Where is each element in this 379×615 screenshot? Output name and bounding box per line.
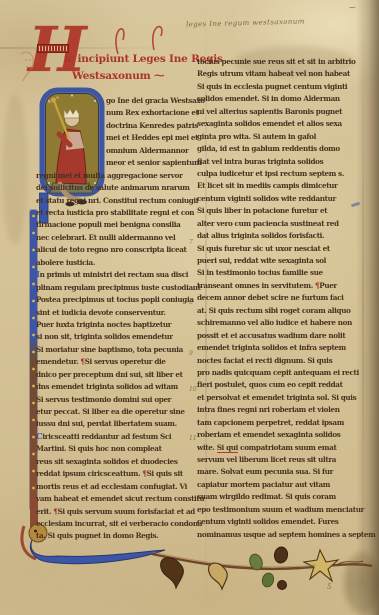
text-line: intra fines regni nri roberiam et violen	[197, 404, 363, 416]
text-line: go Ine dei gracia Westsaxo	[106, 95, 196, 107]
margin-chapter-number: 7	[189, 239, 193, 246]
bottom-digit-mark: 5	[327, 583, 331, 591]
text-line: schiremanno vel alio iudice et habere no…	[197, 317, 363, 329]
top-right-pen-mark: ⁓	[349, 4, 356, 12]
text-line: Puer iuxta triginta noctes baptizetur	[36, 319, 194, 331]
rubric-line-2: Westsaxonum ⁓	[72, 70, 164, 82]
text-line: firmacione populi mei benigna consilia	[36, 219, 194, 231]
text-line: pro nadis quicquam cepit antequam ei rec…	[197, 367, 363, 379]
text-line: iussu dni sui, perdat libertatem suam.	[36, 418, 194, 430]
text-line: dei sollicitus de salute animarum nrarum	[36, 182, 194, 194]
text-line: at. Si quis rectum sibi roget coram aliq…	[197, 305, 363, 317]
text-line: Si quis furetur sic ut uxor nesciat et	[197, 243, 363, 255]
text-line: dnico per preceptum dni sui, sit liber e…	[36, 369, 194, 381]
text-line: gilda, id est in gablum reddentis domo	[197, 143, 363, 155]
margin-chapter-number: 8	[189, 299, 193, 306]
text-line: dns emendet triginta solidos ad witam	[36, 381, 194, 393]
text-line: plinam regulam precipimus iuste custodia…	[36, 282, 194, 294]
text-line: reus sit sexaginta solidos et duodecies	[36, 456, 194, 468]
left-column: regni mei et multa aggregacione servorde…	[36, 170, 194, 543]
text-line: tam capcionem perpetret, reddat ipsam	[197, 417, 363, 429]
text-line: alicui de toto regno nro conscripta lice…	[36, 244, 194, 256]
text-line: transeant omnes in servitutem. ¶Puer	[197, 280, 363, 292]
berry	[278, 581, 287, 590]
text-line: mei et Heddes epi mei et	[106, 132, 196, 144]
text-line: possit et ei accusatus wadium dare nolit	[197, 330, 363, 342]
green-leaf-2	[261, 572, 275, 588]
text-line: emendetur. ¶Si servus operetur die	[36, 356, 194, 368]
header-annotation: leges Ine regum westsaxonum	[186, 17, 305, 28]
text-line: regni mei et multa aggregacione servor	[36, 170, 194, 182]
text-line: In primis ut ministri dei rectam sua dis…	[36, 269, 194, 281]
text-line: Si moriatur sine baptismo, tota pecunia	[36, 344, 194, 356]
left-column-indented: go Ine dei gracia Westsaxonum Rex exhort…	[106, 95, 196, 170]
text-line: ginta pro wita. Si autem in gafol	[197, 131, 363, 143]
right-column: tocius pecunie sue reus sit et sit in ar…	[197, 56, 363, 541]
bottom-vine-decoration	[150, 542, 375, 602]
text-line: Si in testimonio tocius familie sue	[197, 267, 363, 279]
text-line: sint et iudicia devote conserventur.	[36, 307, 194, 319]
text-line: culpa iudicetur et ipsi rectum septem s.	[197, 168, 363, 180]
text-line: Si quis in ecclesia pugnet centum vigint…	[197, 81, 363, 93]
text-line: ecclesiam incurrat, sit ei verberacio co…	[36, 518, 194, 530]
text-line: omnium Aldermannor	[106, 145, 196, 157]
text-line: centum viginti solidos emendet. Fures	[197, 516, 363, 528]
rubric-flourish	[108, 16, 172, 56]
face-sketch-drawing	[14, 48, 38, 84]
text-line: Si servus testimonio domini sui oper	[36, 394, 194, 406]
text-line: mare. Solvat eum pecunia sua. Si fur	[197, 466, 363, 478]
banner-lettering-pattern	[39, 46, 67, 51]
text-line: sexaginta solidos emendet et alios sexa	[197, 118, 363, 130]
ivy-leaf-dark	[161, 558, 184, 588]
rubric-banner	[37, 44, 69, 53]
text-line: meor et senior sapientum	[106, 157, 196, 169]
text-line: mortis reus et ad ecclesiam confugiat. V…	[36, 481, 194, 493]
text-line: et recta iusticia pro stabilitate regni …	[36, 207, 194, 219]
text-line: ta. Si quis pugnet in domo Regis.	[36, 530, 194, 542]
margin-chapter-number: 10	[189, 386, 197, 393]
text-line: etur peccat. Si liber ea die operetur si…	[36, 406, 194, 418]
text-line: suam wirgildo redimat. Si quis coram	[197, 491, 363, 503]
text-line: doctrina Kenredes patris	[106, 120, 196, 132]
text-line: si non sit, triginta solidos emendetur	[36, 331, 194, 343]
text-line: et persolvat et emendet triginta sol. Si…	[197, 392, 363, 404]
text-line: erit. ¶Si quis servum suum forisfaciat e…	[36, 506, 194, 518]
margin-stain	[2, 95, 28, 245]
text-line: capiatur mortem paciatur aut vitam	[197, 479, 363, 491]
text-line: emendet triginta solidos et infra septem	[197, 342, 363, 354]
text-line: roberiam et emendet sexaginta solidos	[197, 429, 363, 441]
text-line: fieri postulet, quos cum eo cepit reddat	[197, 379, 363, 391]
dark-leaf	[273, 546, 289, 564]
text-line: solidos emendet. Si in domo Alderman	[197, 93, 363, 105]
text-line: Si quis liber in potacione furetur et	[197, 205, 363, 217]
text-line: vam habeat et emendet sicut rectum const…	[36, 493, 194, 505]
text-line: fiat vel intra buras triginta solidos	[197, 156, 363, 168]
text-line: Martini. Si quis hoc non compleat	[36, 443, 194, 455]
text-line: Et licet sit in mediis campis dimicetur	[197, 180, 363, 192]
text-line: wite. Si qui compatriotam suum emat	[197, 442, 363, 454]
margin-chapter-number: 9	[189, 350, 193, 357]
text-line: servum vel liberum licet reus sit ultra	[197, 454, 363, 466]
text-line: epo testimonium suum et wadium menciatur	[197, 504, 363, 516]
text-line: decem annor debet scire ne furtum faci	[197, 292, 363, 304]
text-line: nominamus usque ad septem homines a sept…	[197, 529, 363, 541]
text-line: reddat ipsum ciricsceattum. ¶Si quis sit	[36, 468, 194, 480]
text-line: ni vel alterius sapientis Baronis pugnet	[197, 106, 363, 118]
text-line: tocius pecunie sue reus sit et sit in ar…	[197, 56, 363, 68]
text-line: Postea precipimus ut tocius popli coniug…	[36, 294, 194, 306]
text-line: alter vero cum paciencia sustineat red	[197, 218, 363, 230]
text-line: nec celebrari. Et nulli aldermanno vel	[36, 232, 194, 244]
text-line: abolere iusticia.	[36, 257, 194, 269]
text-line: pueri sui, reddat wite sexaginta sol	[197, 255, 363, 267]
text-line: et statu regni nri. Constitui rectum con…	[36, 195, 194, 207]
text-line: Ciricsceatti reddantur ad festum Sci	[36, 431, 194, 443]
text-line: Regis utrum vitam habeat vel non habeat	[197, 68, 363, 80]
text-line: noctes faciat ei recti dignum. Si quis	[197, 355, 363, 367]
text-line: num Rex exhortacione et	[106, 107, 196, 119]
margin-chapter-number: 11	[189, 435, 197, 442]
text-line: dat alius triginta solidos forisfacti.	[197, 230, 363, 242]
text-line: centum viginti solidos wite reddantur	[197, 193, 363, 205]
manuscript-page: leges Ine regum westsaxonum ⁓ H ic incip…	[0, 0, 379, 615]
